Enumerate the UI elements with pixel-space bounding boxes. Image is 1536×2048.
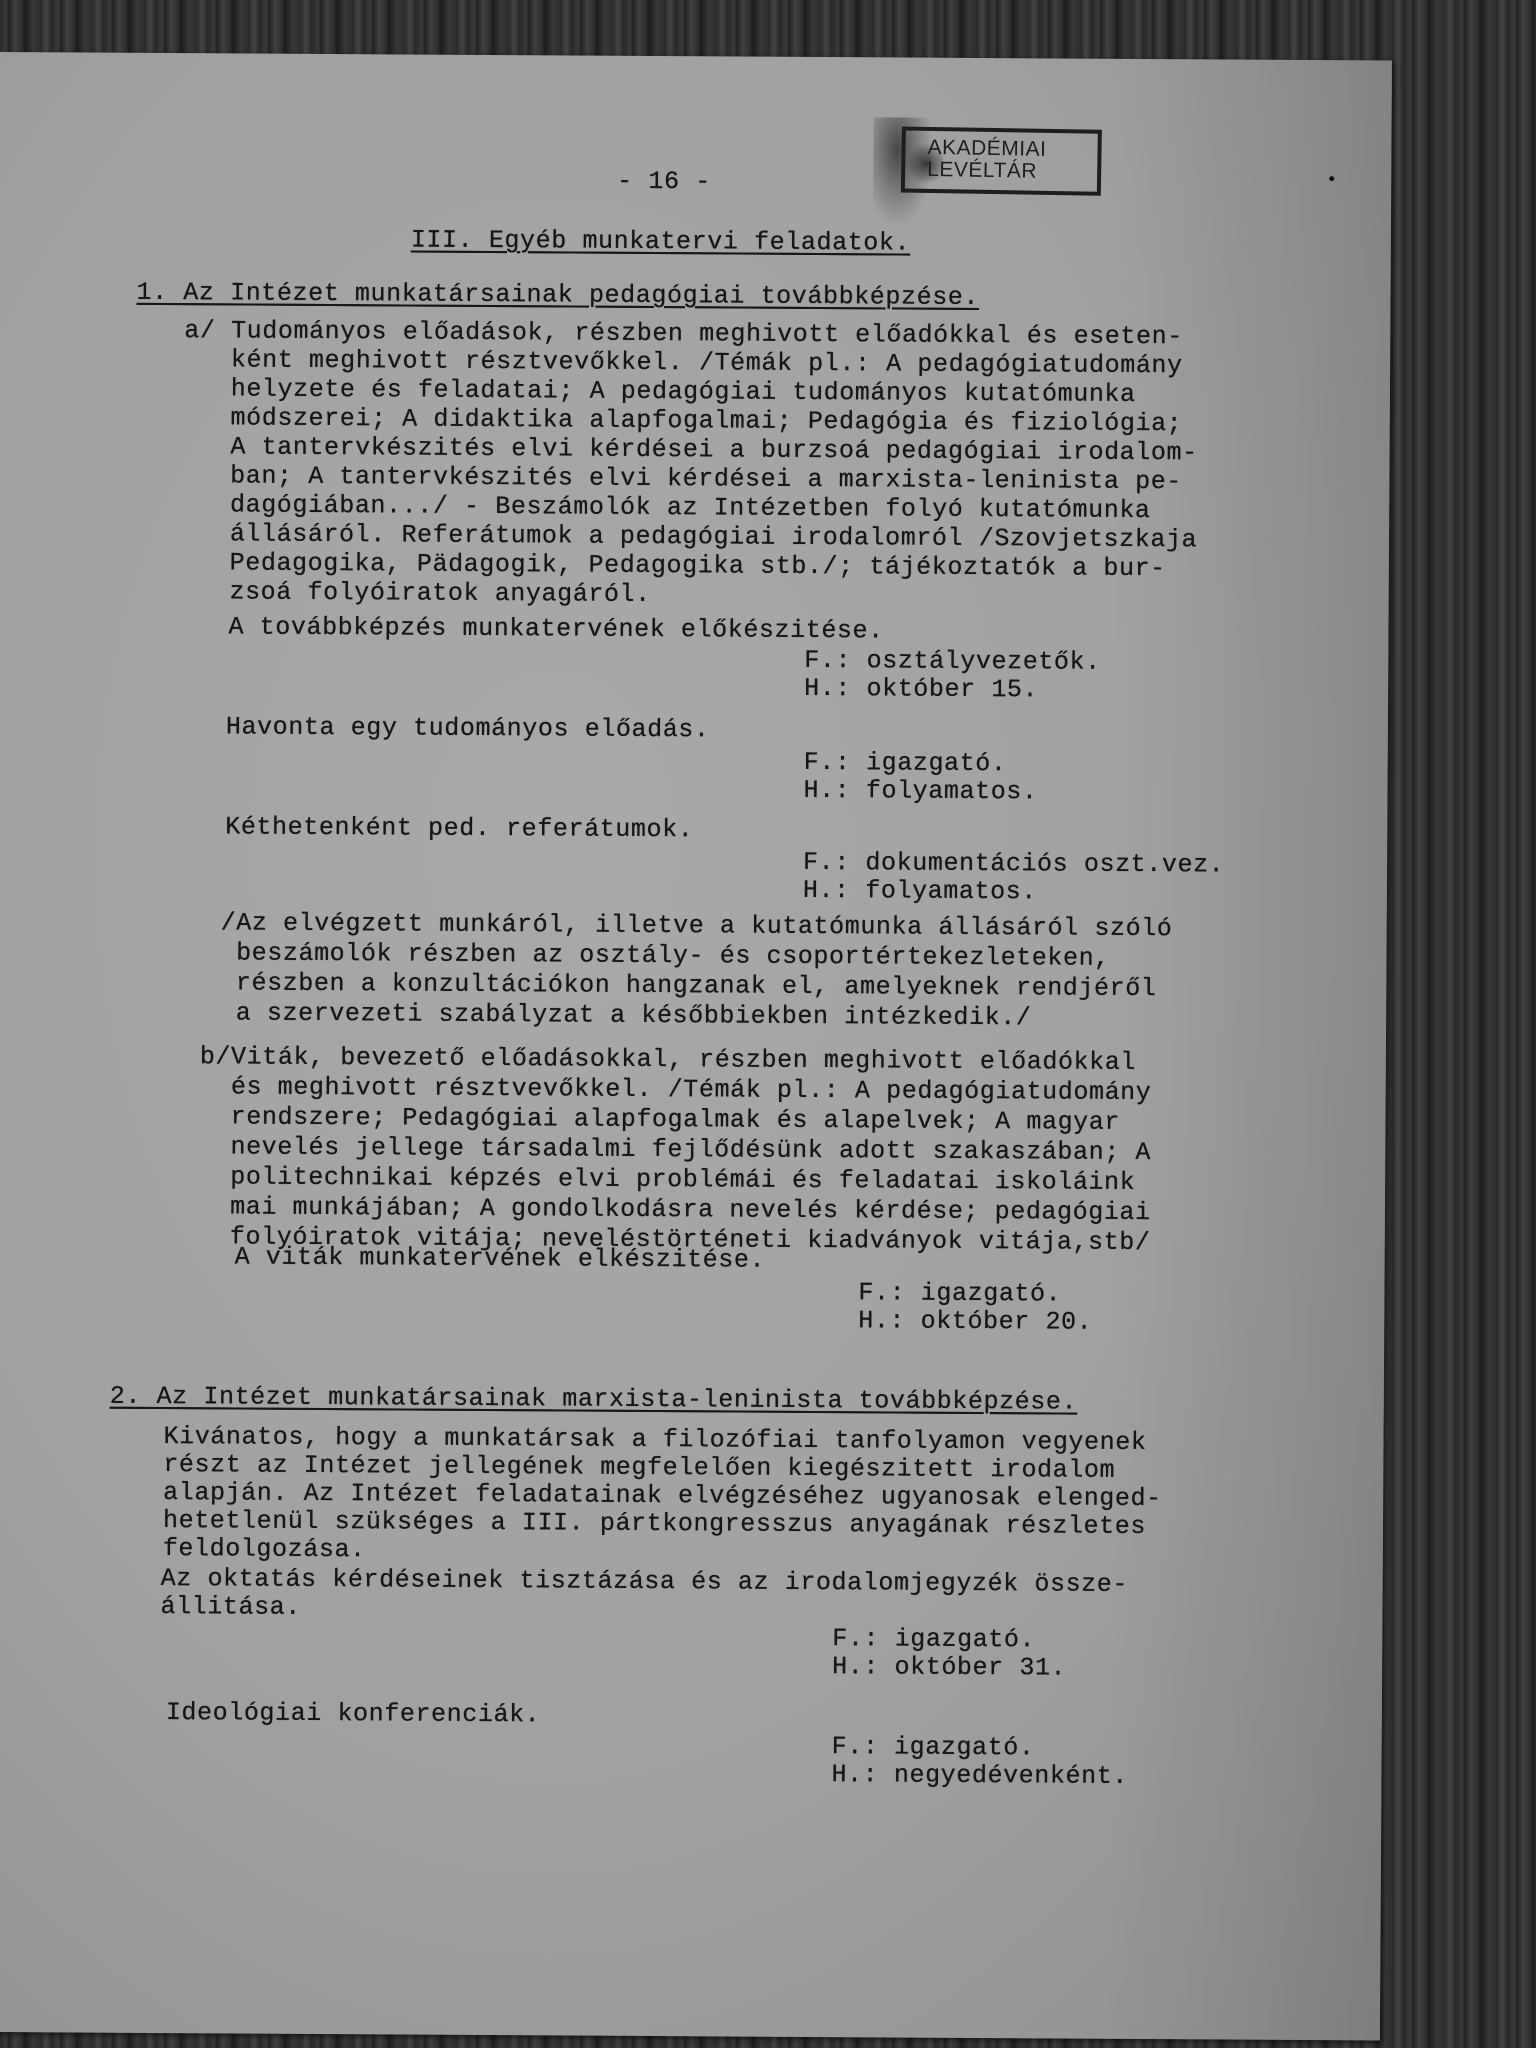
paragraph-line: feldolgozása.	[163, 1535, 366, 1564]
b-task-deadline: H.: október 20.	[858, 1307, 1092, 1336]
b-task-responsible: F.: igazgató.	[858, 1279, 1061, 1308]
archive-stamp: AKADÉMIAI LEVÉLTÁR	[901, 126, 1102, 195]
paragraph-line: rendszere; Pedagógiai alapfogalmak és al…	[199, 1103, 1120, 1137]
task-2-responsible: F.: igazgató.	[804, 749, 1007, 778]
note-line: /Az elvégzett munkáról, illetve a kutató…	[221, 909, 1173, 943]
b-task-text: A viták munkatervének elkészitése.	[235, 1243, 766, 1274]
note-line: részben a konzultációkon hangzanak el, a…	[220, 969, 1156, 1003]
item2-task-2-deadline: H.: negyedévenként.	[831, 1761, 1128, 1791]
paragraph-line: b/Viták, bevezető előadásokkal, részben …	[200, 1043, 1136, 1077]
item2-task-1-text: Az oktatás kérdéseinek tisztázása és az …	[160, 1565, 1128, 1627]
paragraph-line: politechnikai képzés elvi problémái és f…	[199, 1163, 1135, 1197]
ink-dot	[1329, 176, 1334, 181]
task-2-deadline: H.: folyamatos.	[803, 777, 1037, 806]
task-2-text: Havonta egy tudományos előadás.	[226, 713, 710, 744]
task-1-text: A továbbképzés munkatervének előkészités…	[228, 613, 883, 645]
paragraph-line: és meghivott résztvevőkkel. /Témák pl.: …	[200, 1073, 1152, 1107]
item1-heading: 1. Az Intézet munkatársainak pedagógiai …	[136, 279, 979, 312]
item2-task-2-text: Ideológiai konferenciák.	[166, 1699, 541, 1729]
task-3-deadline: H.: folyamatos.	[803, 877, 1037, 906]
task-3-responsible: F.: dokumentációs oszt.vez.	[803, 849, 1224, 880]
note-line: beszámolók részben az osztály- és csopor…	[220, 939, 1109, 972]
item2-heading: 2. Az Intézet munkatársainak marxista-le…	[110, 1383, 1078, 1417]
item2-task-1-deadline: H.: október 31.	[832, 1653, 1066, 1682]
note-line: a szervezeti szabályzat a későbbiekben i…	[220, 999, 1031, 1032]
section-title: III. Egyéb munkatervi feladatok.	[411, 227, 910, 258]
page-number: - 16 -	[617, 168, 711, 197]
item2-task-2-responsible: F.: igazgató.	[832, 1733, 1035, 1762]
document-page: AKADÉMIAI LEVÉLTÁR - 16 - III. Egyéb mun…	[0, 52, 1392, 2040]
stamp-line-2: LEVÉLTÁR	[927, 159, 1097, 184]
task-1-responsible: F.: osztályvezetők.	[804, 647, 1101, 677]
item2-task-1-responsible: F.: igazgató.	[832, 1625, 1035, 1654]
paragraph-line: nevelés jellege társadalmi fejlődésünk a…	[199, 1133, 1151, 1167]
task-3-text: Kéthetenként ped. referátumok.	[225, 813, 693, 844]
paragraph-line: zsoá folyóiratok anyagáról.	[183, 578, 651, 609]
task-1-deadline: H.: október 15.	[804, 675, 1038, 704]
paragraph-line: mai munkájában; A gondolkodásra nevelés …	[199, 1193, 1151, 1227]
